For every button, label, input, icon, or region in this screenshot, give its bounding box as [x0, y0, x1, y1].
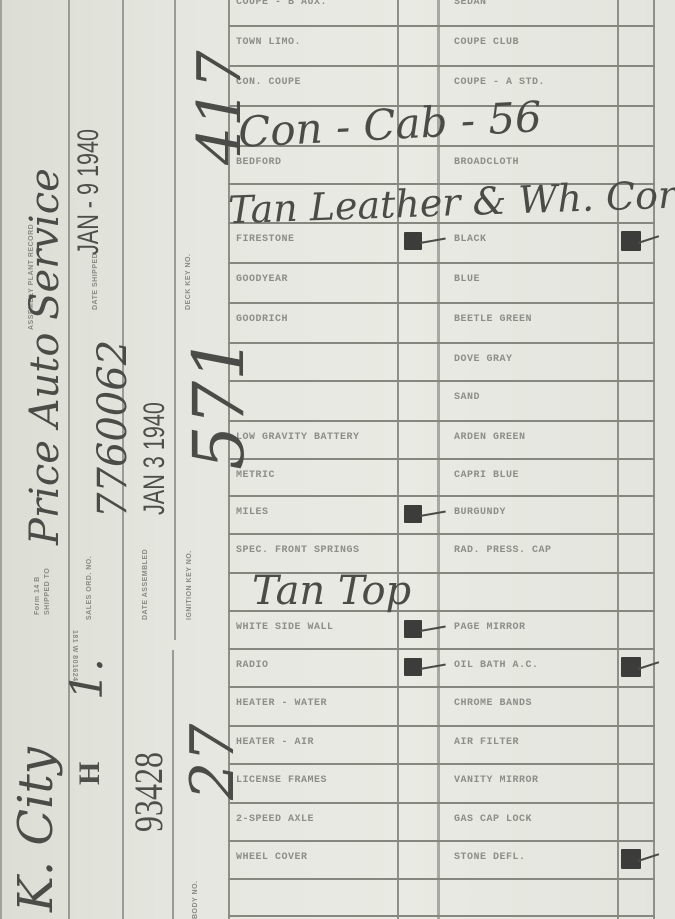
option-label: PAGE MIRROR — [454, 622, 526, 634]
option-checkbox[interactable] — [619, 576, 652, 610]
option-label: WHEEL COVER — [236, 852, 308, 864]
option-checkbox[interactable] — [619, 306, 652, 340]
panel-divider — [172, 650, 174, 919]
option-label: AIR FILTER — [454, 737, 519, 749]
option-label: LICENSE FRAMES — [236, 775, 327, 787]
option-checkbox[interactable] — [619, 614, 652, 648]
shipped-to-value: Price Auto Service — [22, 168, 68, 545]
option-label: METRIC — [236, 470, 275, 482]
option-label: GOODRICH — [236, 314, 288, 326]
model-note: Con - Cab - 56 — [237, 92, 543, 157]
option-label: ARDEN GREEN — [454, 432, 526, 444]
grid-row-line — [228, 420, 655, 422]
option-checkbox[interactable] — [619, 767, 652, 801]
sales-ord-value: 7760062 — [90, 340, 136, 518]
grid-row-line — [228, 763, 655, 765]
grid-row-line — [228, 915, 655, 917]
option-checkbox[interactable] — [619, 729, 652, 763]
option-label: CAPRI BLUE — [454, 470, 519, 482]
option-label: CHROME BANDS — [454, 698, 532, 710]
option-checkbox[interactable] — [619, 882, 652, 916]
grid-row-line — [228, 495, 655, 497]
grid-row-line — [228, 802, 655, 804]
grid-row-line — [228, 25, 655, 27]
option-label: SPEC. FRONT SPRINGS — [236, 545, 360, 557]
handwritten-mark: 1. — [62, 658, 113, 700]
option-label: FIRESTONE — [236, 234, 295, 246]
grid-row-line — [228, 458, 655, 460]
option-label: COUPE - B AUX. — [236, 0, 327, 8]
option-checkbox[interactable] — [619, 537, 652, 571]
destination-value: K. City — [8, 747, 64, 912]
date-assembled-value: JAN 3 1940 — [138, 402, 172, 515]
option-checkbox[interactable] — [619, 499, 652, 533]
option-checkbox[interactable] — [399, 424, 436, 458]
top-note: Tan Top — [252, 568, 411, 614]
option-label: SEDAN — [454, 0, 487, 8]
grid-row-line — [228, 342, 655, 344]
grid-row-line — [228, 648, 655, 650]
option-checkbox[interactable] — [399, 266, 436, 300]
option-checkbox[interactable] — [399, 844, 436, 878]
option-label: GOODYEAR — [236, 274, 288, 286]
option-label: RADIO — [236, 660, 269, 672]
grid-row-line — [228, 840, 655, 842]
option-label: OIL BATH A.C. — [454, 660, 539, 672]
option-checkbox[interactable] — [619, 69, 652, 103]
option-label: BLACK — [454, 234, 487, 246]
option-label: WHITE SIDE WALL — [236, 622, 334, 634]
option-label: BEETLE GREEN — [454, 314, 532, 326]
body-value: 27 — [178, 724, 248, 800]
option-label: VANITY MIRROR — [454, 775, 539, 787]
option-checkbox[interactable] — [619, 0, 652, 23]
option-checkbox[interactable] — [619, 424, 652, 458]
option-label: TOWN LIMO. — [236, 37, 301, 49]
record-card: COUPE - B AUX.SEDANTOWN LIMO.COUPE CLUBC… — [0, 0, 675, 919]
grid-row-line — [228, 65, 655, 67]
date-shipped-label: DATE SHIPPED — [92, 253, 99, 310]
option-checkbox[interactable] — [399, 537, 436, 571]
option-checkbox[interactable] — [619, 806, 652, 840]
ignition-key-value: 571 — [178, 336, 260, 470]
option-checkbox[interactable] — [619, 690, 652, 724]
option-checkbox[interactable] — [399, 346, 436, 380]
plant-letter: H — [73, 762, 107, 785]
option-label: GAS CAP LOCK — [454, 814, 532, 826]
option-checkbox[interactable] — [619, 346, 652, 380]
option-checkbox[interactable] — [399, 29, 436, 63]
panel-divider — [0, 0, 2, 919]
option-checkbox[interactable] — [399, 306, 436, 340]
option-checkbox[interactable] — [619, 29, 652, 63]
option-checkbox[interactable] — [619, 462, 652, 496]
option-checkbox[interactable] — [619, 384, 652, 418]
option-checkbox[interactable] — [619, 109, 652, 143]
option-checkbox[interactable] — [399, 0, 436, 23]
option-label: SAND — [454, 392, 480, 404]
option-checkbox[interactable] — [399, 149, 436, 183]
date-assembled-label: DATE ASSEMBLED — [142, 549, 149, 620]
option-checkbox[interactable] — [399, 690, 436, 724]
panel-divider — [68, 0, 70, 919]
option-checkbox[interactable] — [399, 729, 436, 763]
option-label: BROADCLOTH — [454, 157, 519, 169]
option-checkbox[interactable] — [399, 806, 436, 840]
option-label: BLUE — [454, 274, 480, 286]
option-checkbox[interactable] — [399, 384, 436, 418]
grid-row-line — [228, 725, 655, 727]
panel-divider — [174, 0, 176, 640]
form-number-label: Form 14 B — [34, 576, 41, 615]
option-checkbox[interactable] — [399, 767, 436, 801]
option-label: 2-SPEED AXLE — [236, 814, 314, 826]
body-label: BODY NO. — [192, 881, 199, 919]
grid-row-line — [228, 533, 655, 535]
grid-row-line — [228, 380, 655, 382]
option-checkbox[interactable] — [619, 266, 652, 300]
date-shipped-value: JAN - 9 1940 — [72, 129, 106, 255]
option-label: RAD. PRESS. CAP — [454, 545, 552, 557]
deck-key-label: DECK KEY NO. — [185, 254, 192, 310]
option-label: BURGUNDY — [454, 507, 506, 519]
sales-ord-label: SALES ORD. NO. — [86, 556, 93, 620]
serial-number: 93428 — [125, 752, 172, 832]
option-label: MILES — [236, 507, 269, 519]
option-label: COUPE - A STD. — [454, 77, 545, 89]
option-checkbox[interactable] — [399, 462, 436, 496]
grid-row-line — [228, 302, 655, 304]
shipped-to-label: SHIPPED TO — [44, 568, 51, 615]
option-label: HEATER - WATER — [236, 698, 327, 710]
grid-row-line — [228, 262, 655, 264]
option-checkbox[interactable] — [399, 882, 436, 916]
grid-row-line — [228, 878, 655, 880]
option-label: COUPE CLUB — [454, 37, 519, 49]
grid-row-line — [228, 686, 655, 688]
option-label: DOVE GRAY — [454, 354, 513, 366]
ignition-key-label: IGNITION KEY NO. — [186, 550, 193, 620]
option-label: STONE DEFL. — [454, 852, 526, 864]
